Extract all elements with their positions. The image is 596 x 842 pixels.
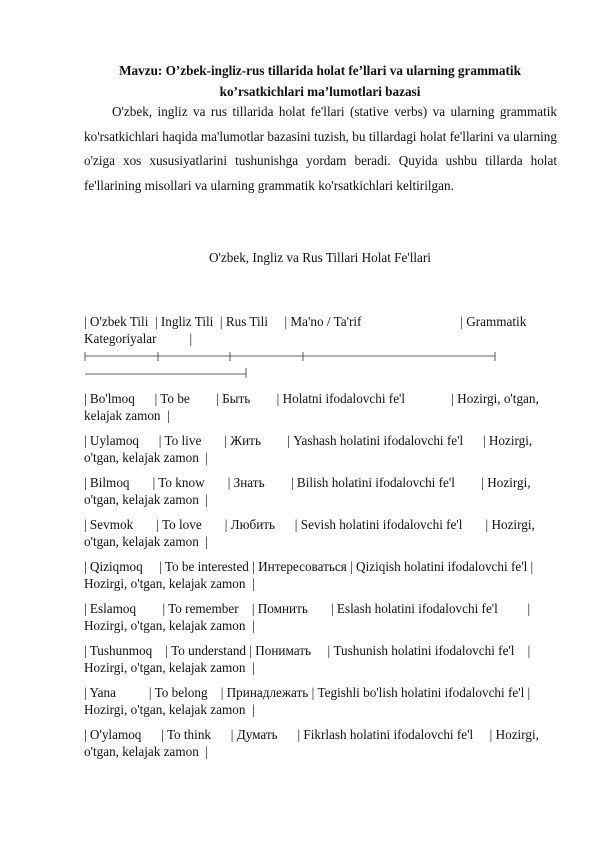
table-row: | Yana | To belong | Принадлежать | Tegi… (84, 684, 558, 718)
document-title: Mavzu: O’zbek-ingliz-rus tillarida holat… (84, 60, 556, 102)
row-line-2: Hozirgi, o'tgan, kelajak zamon | (84, 575, 558, 592)
row-line-1: | O'ylamoq | To think | Думать | Fikrlas… (84, 726, 558, 743)
table-separator (84, 348, 558, 382)
intro-paragraph: O'zbek, ingliz va rus tillarida holat fe… (84, 100, 557, 198)
table-title: O'zbek, Ingliz va Rus Tillari Holat Fe'l… (84, 250, 556, 266)
row-line-2: kelajak zamon | (84, 407, 558, 424)
row-line-1: | Sevmok | To love | Любить | Sevish hol… (84, 516, 558, 533)
header-line-1: | O'zbek Tili | Ingliz Tili | Rus Tili |… (84, 313, 558, 330)
title-line-2: ko’rsatkichlari ma’lumotlari bazasi (84, 81, 556, 102)
row-line-1: | Qiziqmoq | To be interested | Интересо… (84, 558, 558, 575)
table-row: | Uylamoq | To live | Жить | Yashash hol… (84, 432, 558, 466)
table-row: | Bilmoq | To know | Знать | Bilish hola… (84, 474, 558, 508)
row-line-2: Hozirgi, o'tgan, kelajak zamon | (84, 659, 558, 676)
table-row: | Tushunmoq | To understand | Понимать |… (84, 642, 558, 676)
row-line-1: | Yana | To belong | Принадлежать | Tegi… (84, 684, 558, 701)
table-row: | O'ylamoq | To think | Думать | Fikrlas… (84, 726, 558, 760)
table-header: | O'zbek Tili | Ingliz Tili | Rus Tili |… (84, 313, 558, 347)
row-line-1: | Uylamoq | To live | Жить | Yashash hol… (84, 432, 558, 449)
row-line-2: o'tgan, kelajak zamon | (84, 449, 558, 466)
row-line-1: | Eslamoq | To remember | Помнить | Esla… (84, 600, 558, 617)
row-line-2: o'tgan, kelajak zamon | (84, 743, 558, 760)
table-row: | Qiziqmoq | To be interested | Интересо… (84, 558, 558, 592)
title-line-1: Mavzu: O’zbek-ingliz-rus tillarida holat… (84, 60, 556, 81)
row-line-2: Hozirgi, o'tgan, kelajak zamon | (84, 617, 558, 634)
row-line-2: o'tgan, kelajak zamon | (84, 533, 558, 550)
table-row: | Bo'lmoq | To be | Быть | Holatni ifoda… (84, 390, 558, 424)
row-line-2: o'tgan, kelajak zamon | (84, 491, 558, 508)
row-line-2: Hozirgi, o'tgan, kelajak zamon | (84, 701, 558, 718)
row-line-1: | Bilmoq | To know | Знать | Bilish hola… (84, 474, 558, 491)
document-page: Mavzu: O’zbek-ingliz-rus tillarida holat… (0, 0, 596, 842)
row-line-1: | Tushunmoq | To understand | Понимать |… (84, 642, 558, 659)
row-line-1: | Bo'lmoq | To be | Быть | Holatni ifoda… (84, 390, 558, 407)
header-line-2: Kategoriyalar | (84, 330, 558, 347)
table-row: | Sevmok | To love | Любить | Sevish hol… (84, 516, 558, 550)
table-row: | Eslamoq | To remember | Помнить | Esla… (84, 600, 558, 634)
